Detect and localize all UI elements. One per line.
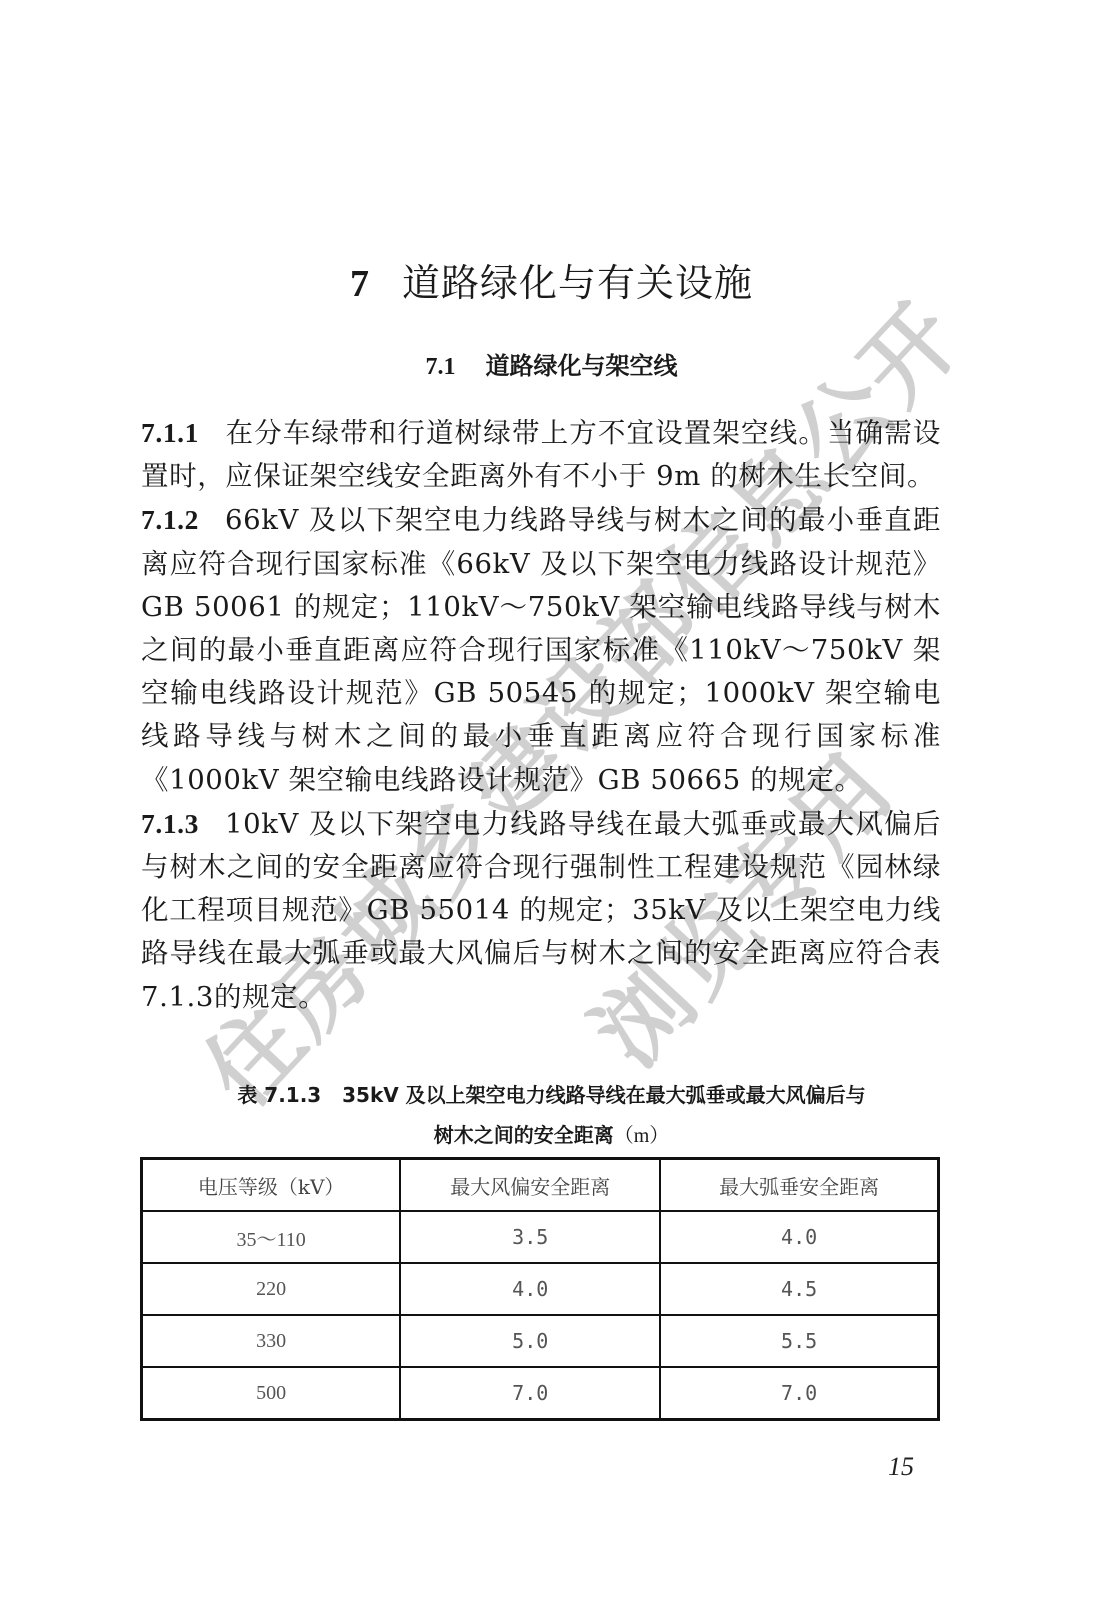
clause-text: 在分车绿带和行道树绿带上方不宜设置架空线。当确需设置时，应保证架空线安全距离外有…: [141, 417, 941, 492]
chapter-number: 7: [350, 263, 370, 305]
header-voltage-level: 电压等级（kV）: [142, 1159, 401, 1212]
cell-sag-distance: 4.5: [660, 1263, 938, 1315]
header-max-wind-deflection: 最大风偏安全距离: [400, 1159, 660, 1212]
cell-wind-distance: 3.5: [400, 1211, 660, 1263]
table-row: 35～110 3.5 4.0: [142, 1211, 939, 1263]
table-caption: 表 7.1.3 35kV 及以上架空电力线路导线在最大弧垂或最大风偏后与 树木之…: [0, 1075, 1103, 1156]
table-caption-unit: （m）: [614, 1125, 670, 1147]
table-row: 500 7.0 7.0: [142, 1367, 939, 1420]
table-caption-number: 表 7.1.3: [237, 1083, 321, 1107]
chapter-title-text: 道路绿化与有关设施: [402, 261, 753, 305]
table-caption-title-1: 35kV 及以上架空电力线路导线在最大弧垂或最大风偏后与: [342, 1083, 866, 1107]
cell-voltage: 35～110: [142, 1211, 401, 1263]
clause-7-1-1: 7.1.1在分车绿带和行道树绿带上方不宜设置架空线。当确需设置时，应保证架空线安…: [141, 411, 941, 498]
section-title-text: 道路绿化与架空线: [486, 352, 678, 380]
document-page: 住房城乡建设部信息公开 浏览专用 7道路绿化与有关设施 7.1道路绿化与架空线 …: [0, 0, 1103, 1598]
cell-wind-distance: 4.0: [400, 1263, 660, 1315]
table-row: 330 5.0 5.5: [142, 1315, 939, 1367]
cell-wind-distance: 5.0: [400, 1315, 660, 1367]
clause-number: 7.1.3: [141, 808, 199, 839]
table-row: 220 4.0 4.5: [142, 1263, 939, 1315]
clause-number: 7.1.1: [141, 417, 199, 448]
cell-sag-distance: 7.0: [660, 1367, 938, 1420]
clause-text: 66kV 及以下架空电力线路导线与树木之间的最小垂直距离应符合现行国家标准《66…: [141, 504, 941, 795]
table-caption-title-2: 树木之间的安全距离: [434, 1123, 614, 1147]
table-caption-line-2: 树木之间的安全距离（m）: [0, 1115, 1103, 1156]
section-title: 7.1道路绿化与架空线: [0, 346, 1103, 381]
cell-voltage: 330: [142, 1315, 401, 1367]
clause-7-1-2: 7.1.266kV 及以下架空电力线路导线与树木之间的最小垂直距离应符合现行国家…: [141, 498, 941, 801]
section-number: 7.1: [426, 354, 456, 380]
header-max-sag: 最大弧垂安全距离: [660, 1159, 938, 1212]
cell-wind-distance: 7.0: [400, 1367, 660, 1420]
table-header-row: 电压等级（kV） 最大风偏安全距离 最大弧垂安全距离: [142, 1159, 939, 1212]
clause-text: 10kV 及以下架空电力线路导线在最大弧垂或最大风偏后与树木之间的安全距离应符合…: [141, 808, 941, 1013]
page-number: 15: [888, 1452, 914, 1482]
safety-distance-table: 电压等级（kV） 最大风偏安全距离 最大弧垂安全距离 35～110 3.5 4.…: [140, 1157, 940, 1421]
clause-number: 7.1.2: [141, 504, 199, 535]
cell-sag-distance: 4.0: [660, 1211, 938, 1263]
clause-7-1-3: 7.1.310kV 及以下架空电力线路导线在最大弧垂或最大风偏后与树木之间的安全…: [141, 802, 941, 1019]
table-caption-line-1: 表 7.1.3 35kV 及以上架空电力线路导线在最大弧垂或最大风偏后与: [0, 1075, 1103, 1115]
body-text: 7.1.1在分车绿带和行道树绿带上方不宜设置架空线。当确需设置时，应保证架空线安…: [141, 411, 941, 1019]
chapter-title: 7道路绿化与有关设施: [0, 252, 1103, 307]
cell-sag-distance: 5.5: [660, 1315, 938, 1367]
cell-voltage: 220: [142, 1263, 401, 1315]
cell-voltage: 500: [142, 1367, 401, 1420]
